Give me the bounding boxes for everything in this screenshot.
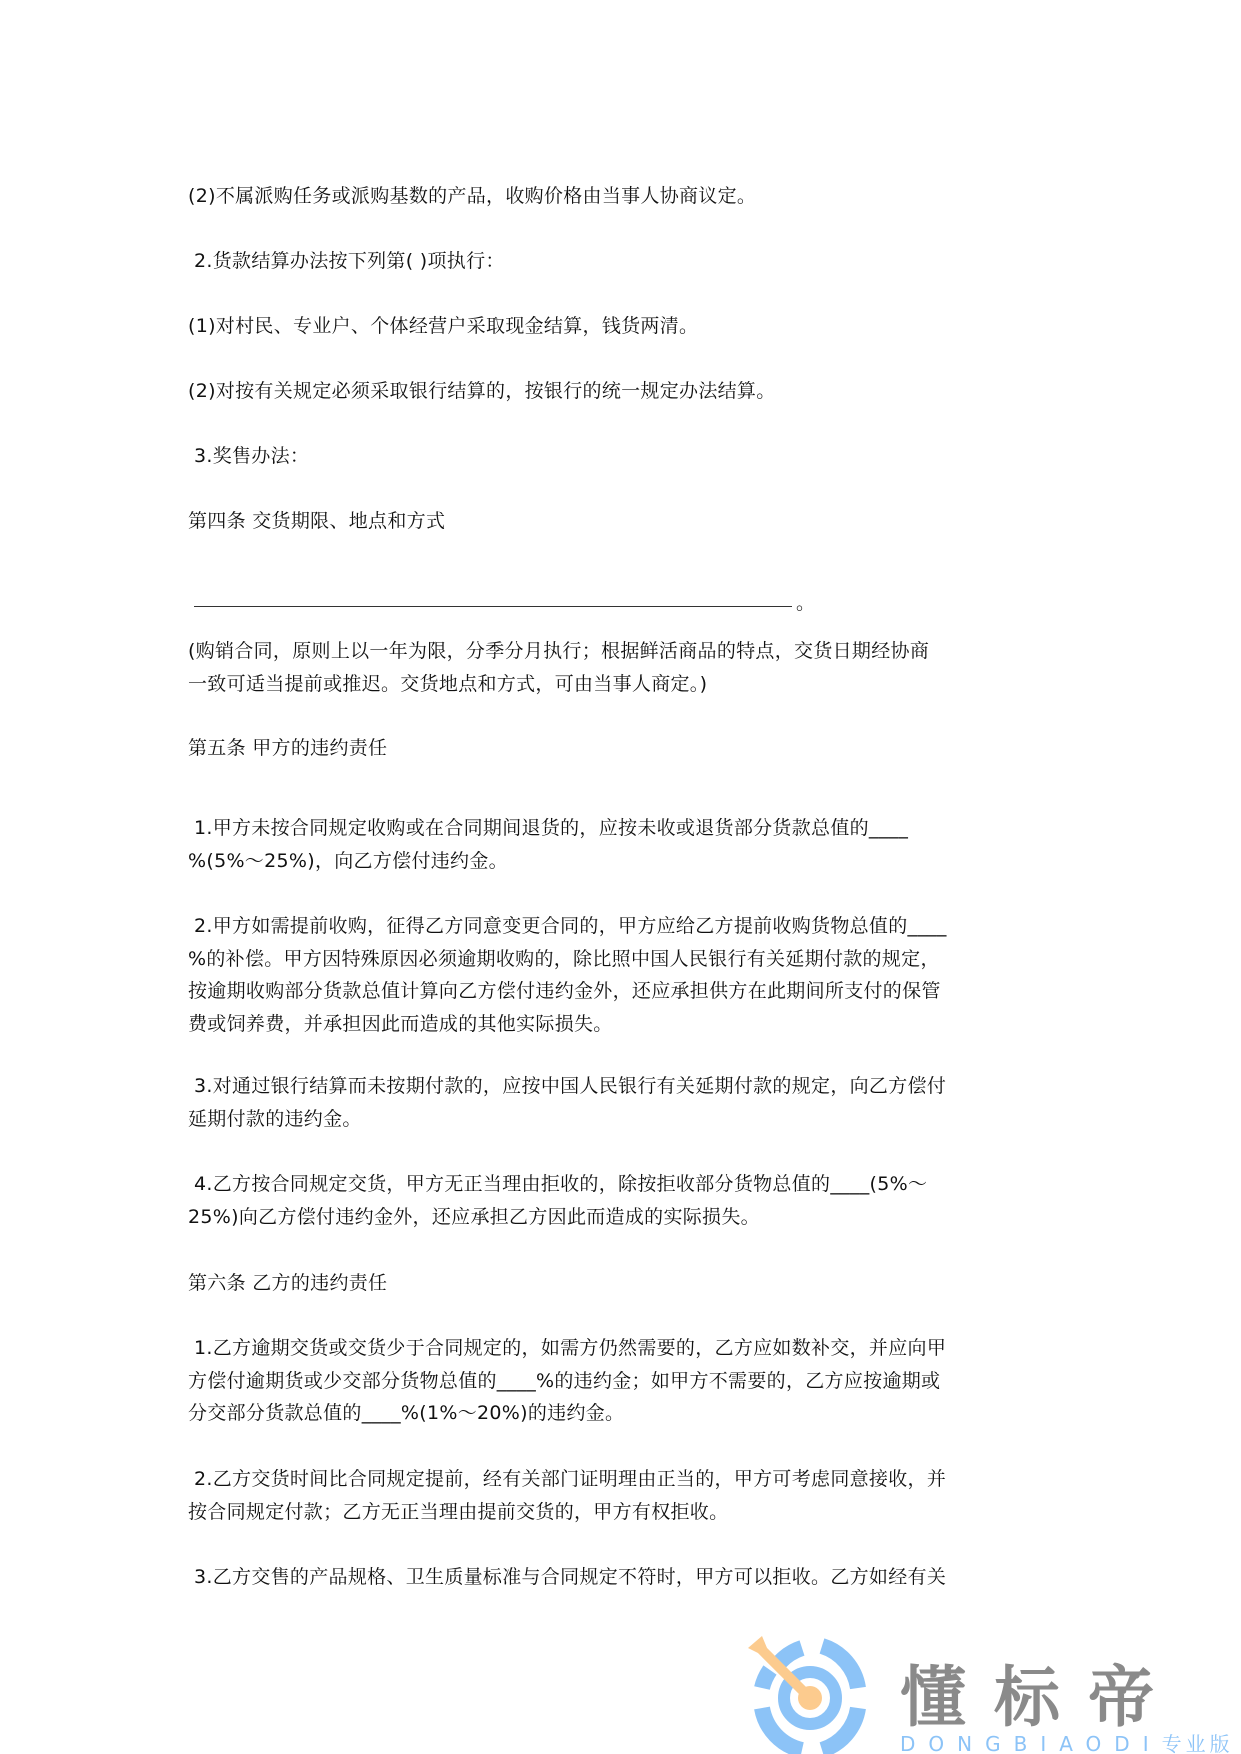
paragraph-line: (1)对村民、专业户、个体经营户采取现金结算，钱货两清。 [188,310,1054,343]
paragraph: 第四条 交货期限、地点和方式 [188,505,1054,538]
brand-subtitle: DONGBIAODI专业版 [900,1728,1234,1754]
paragraph-line: %的补偿。甲方因特殊原因必须逾期收购的，除比照中国人民银行有关延期付款的规定， [188,943,1054,976]
paragraph-line: 方偿付逾期货或少交部分货物总值的____%的违约金；如甲方不需要的，乙方应按逾期… [188,1365,1054,1398]
paragraph-line: 25%)向乙方偿付违约金外，还应承担乙方因此而造成的实际损失。 [188,1201,1054,1234]
paragraph-line: 按合同规定付款；乙方无正当理由提前交货的，甲方有权拒收。 [188,1496,1054,1529]
paragraph: 2.乙方交货时间比合同规定提前，经有关部门证明理由正当的，甲方可考虑同意接收，并… [188,1463,1054,1528]
paragraph-line: (购销合同，原则上以一年为限，分季分月执行；根据鲜活商品的特点，交货日期经协商 [188,635,1054,668]
paragraph: 第五条 甲方的违约责任 [188,732,1054,765]
paragraph-line: 分交部分货款总值的____%(1%～20%)的违约金。 [188,1397,1054,1430]
paragraph-line: (2)不属派购任务或派购基数的产品，收购价格由当事人协商议定。 [188,180,1054,213]
brand-en: DONGBIAODI [900,1732,1162,1754]
paragraph-line: 1.甲方未按合同规定收购或在合同期间退货的，应按未收或退货部分货款总值的____ [188,812,1054,845]
paragraph: 2.甲方如需提前收购，征得乙方同意变更合同的，甲方应给乙方提前收购货物总值的__… [188,910,1054,1040]
watermark-logo: 懂标帝 DONGBIAODI专业版 [740,1600,1241,1754]
paragraph-line: 2.乙方交货时间比合同规定提前，经有关部门证明理由正当的，甲方可考虑同意接收，并 [188,1463,1054,1496]
paragraph: (2)不属派购任务或派购基数的产品，收购价格由当事人协商议定。 [188,180,1054,213]
paragraph-line: 一致可适当提前或推迟。交货地点和方式，可由当事人商定。) [188,668,1054,701]
paragraph-line: 延期付款的违约金。 [188,1103,1054,1136]
paragraph: 4.乙方按合同规定交货，甲方无正当理由拒收的，除按拒收部分货物总值的____(5… [188,1168,1054,1233]
paragraph: (购销合同，原则上以一年为限，分季分月执行；根据鲜活商品的特点，交货日期经协商一… [188,635,1054,700]
paragraph: 3.对通过银行结算而未按期付款的，应按中国人民银行有关延期付款的规定，向乙方偿付… [188,1070,1054,1135]
paragraph-line: %(5%～25%)，向乙方偿付违约金。 [188,845,1054,878]
blank-line-period: 。 [796,588,815,615]
paragraph: 1.乙方逾期交货或交货少于合同规定的，如需方仍然需要的，乙方应如数补交，并应向甲… [188,1332,1054,1430]
fill-in-blank-line [194,606,792,607]
paragraph-line: 费或饲养费，并承担因此而造成的其他实际损失。 [188,1008,1054,1041]
paragraph: 3.乙方交售的产品规格、卫生质量标准与合同规定不符时，甲方可以拒收。乙方如经有关 [188,1561,1054,1594]
paragraph: 1.甲方未按合同规定收购或在合同期间退货的，应按未收或退货部分货款总值的____… [188,812,1054,877]
document-page: (2)不属派购任务或派购基数的产品，收购价格由当事人协商议定。2.货款结算办法按… [0,0,1241,1754]
paragraph-line: 1.乙方逾期交货或交货少于合同规定的，如需方仍然需要的，乙方应如数补交，并应向甲 [188,1332,1054,1365]
paragraph: 2.货款结算办法按下列第( )项执行： [188,245,1054,278]
paragraph-line: 2.甲方如需提前收购，征得乙方同意变更合同的，甲方应给乙方提前收购货物总值的__… [188,910,1054,943]
paragraph-line: (2)对按有关规定必须采取银行结算的，按银行的统一规定办法结算。 [188,375,1054,408]
paragraph-line: 3.乙方交售的产品规格、卫生质量标准与合同规定不符时，甲方可以拒收。乙方如经有关 [188,1561,1054,1594]
paragraph-line: 第六条 乙方的违约责任 [188,1267,1054,1300]
target-arrow-icon [740,1600,880,1754]
brand-edition: 专业版 [1162,1732,1234,1754]
paragraph: (2)对按有关规定必须采取银行结算的，按银行的统一规定办法结算。 [188,375,1054,408]
paragraph-line: 按逾期收购部分货款总值计算向乙方偿付违约金外，还应承担供方在此期间所支付的保管 [188,975,1054,1008]
paragraph: 第六条 乙方的违约责任 [188,1267,1054,1300]
paragraph-line: 第五条 甲方的违约责任 [188,732,1054,765]
paragraph-line: 3.对通过银行结算而未按期付款的，应按中国人民银行有关延期付款的规定，向乙方偿付 [188,1070,1054,1103]
paragraph-line: 3.奖售办法： [188,440,1054,473]
paragraph: 3.奖售办法： [188,440,1054,473]
paragraph-line: 2.货款结算办法按下列第( )项执行： [188,245,1054,278]
paragraph-line: 4.乙方按合同规定交货，甲方无正当理由拒收的，除按拒收部分货物总值的____(5… [188,1168,1054,1201]
paragraph: (1)对村民、专业户、个体经营户采取现金结算，钱货两清。 [188,310,1054,343]
brand-name: 懂标帝 [900,1644,1182,1739]
paragraph-line: 第四条 交货期限、地点和方式 [188,505,1054,538]
